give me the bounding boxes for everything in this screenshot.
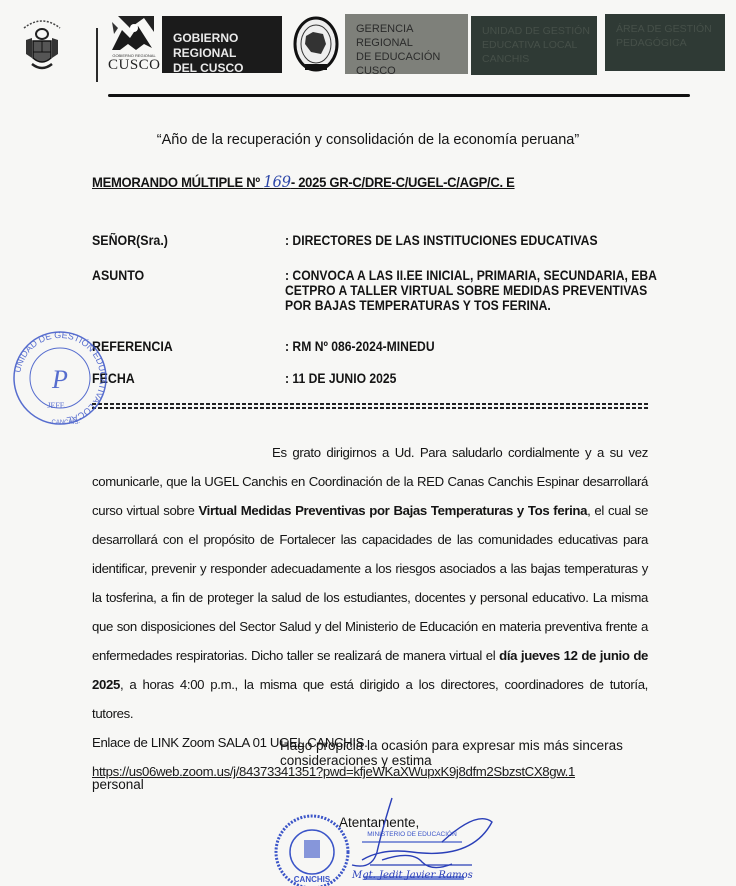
body-paragraph-middle: , el cual se desarrollará con el propósi…: [92, 503, 648, 663]
gerencia-emblem-icon: [293, 16, 339, 74]
ugel-line-3: CANCHIS: [482, 52, 597, 66]
gobierno-regional-box: GOBIERNO REGIONAL DEL CUSCO: [162, 16, 282, 73]
ugel-line-1: UNIDAD DE GESTIÓN: [482, 24, 597, 38]
gerencia-line-2: DE EDUCACIÓN: [356, 50, 468, 64]
svg-text:CANCHIS: CANCHIS: [294, 875, 331, 884]
area-line-1: ÁREA DE GESTIÓN: [616, 22, 725, 36]
memo-body: Es grato dirigirnos a Ud. Para saludarlo…: [92, 438, 648, 786]
mountain-sun-icon: [108, 14, 160, 52]
field-value-senor: : DIRECTORES DE LAS INSTITUCIONES EDUCAT…: [285, 233, 598, 248]
memo-title: MEMORANDO MÚLTIPLE Nº 169- 2025 GR-C/DRE…: [92, 172, 515, 191]
gobierno-line-1: GOBIERNO REGIONAL: [173, 31, 282, 61]
gerencia-line-3: CUSCO: [356, 64, 468, 78]
memo-prefix: MEMORANDO MÚLTIPLE Nº: [92, 174, 263, 190]
field-value-asunto: : CONVOCA A LAS II.EE INICIAL, PRIMARIA,…: [285, 268, 657, 313]
field-value-fecha: : 11 DE JUNIO 2025: [285, 371, 396, 386]
year-motto: “Año de la recuperación y consolidación …: [0, 132, 736, 148]
ugel-seal-stamp-icon: UNIDAD DE GESTIÓN EDUCATIVA LOCAL P JEFE…: [10, 328, 110, 428]
seal-inner-text: JEFE: [47, 401, 64, 410]
closing-tail: personal: [92, 777, 144, 792]
gerencia-line-1: GERENCIA REGIONAL: [356, 22, 468, 50]
course-title: Virtual Medidas Preventivas por Bajas Te…: [198, 503, 587, 518]
body-paragraph-end: , a horas 4:00 p.m., la misma que está d…: [92, 677, 648, 721]
memorandum-page: GOBIERNO REGIONAL CUSCO GOBIERNO REGIONA…: [0, 0, 736, 886]
area-line-2: PEDAGÓGICA: [616, 36, 725, 50]
header-rule: [108, 94, 690, 97]
cusco-logo-word: CUSCO: [108, 57, 160, 74]
asunto-line-3: POR BAJAS TEMPERATURAS Y TOS FERINA.: [285, 298, 657, 313]
memo-handwritten-number: 169: [263, 172, 291, 191]
field-value-referencia: : RM Nº 086-2024-MINEDU: [285, 339, 435, 354]
letterhead: GOBIERNO REGIONAL CUSCO GOBIERNO REGIONA…: [0, 0, 736, 110]
header-separator: [96, 28, 98, 82]
closing-line: Hago propicia la ocasión para expresar m…: [92, 738, 648, 768]
double-dashed-divider: [92, 402, 649, 409]
ugel-line-2: EDUCATIVA LOCAL: [482, 38, 597, 52]
signer-name: Mgt. Jedit Javier Ramos: [352, 870, 473, 881]
gerencia-regional-box: GERENCIA REGIONAL DE EDUCACIÓN CUSCO: [345, 14, 468, 74]
area-gestion-box: ÁREA DE GESTIÓN PEDAGÓGICA: [605, 14, 725, 71]
peru-coat-of-arms-icon: [18, 14, 66, 76]
cusco-logo: GOBIERNO REGIONAL CUSCO: [108, 14, 160, 74]
asunto-line-2: CETPRO A TALLER VIRTUAL SOBRE MEDIDAS PR…: [285, 283, 657, 298]
svg-text:·CANCHIS·: ·CANCHIS·: [50, 420, 81, 426]
svg-text:P: P: [51, 365, 68, 394]
asunto-line-1: : CONVOCA A LAS II.EE INICIAL, PRIMARIA,…: [285, 268, 657, 283]
closing-paragraph: Hago propicia la ocasión para expresar m…: [92, 738, 648, 768]
memo-suffix: - 2025 GR-C/DRE-C/UGEL-C/AGP/C. E: [291, 174, 515, 190]
ugel-box: UNIDAD DE GESTIÓN EDUCATIVA LOCAL CANCHI…: [471, 16, 597, 75]
gobierno-line-2: DEL CUSCO: [173, 61, 282, 76]
field-label-asunto: ASUNTO: [92, 268, 144, 283]
field-label-senor: SEÑOR(Sra.): [92, 233, 168, 248]
